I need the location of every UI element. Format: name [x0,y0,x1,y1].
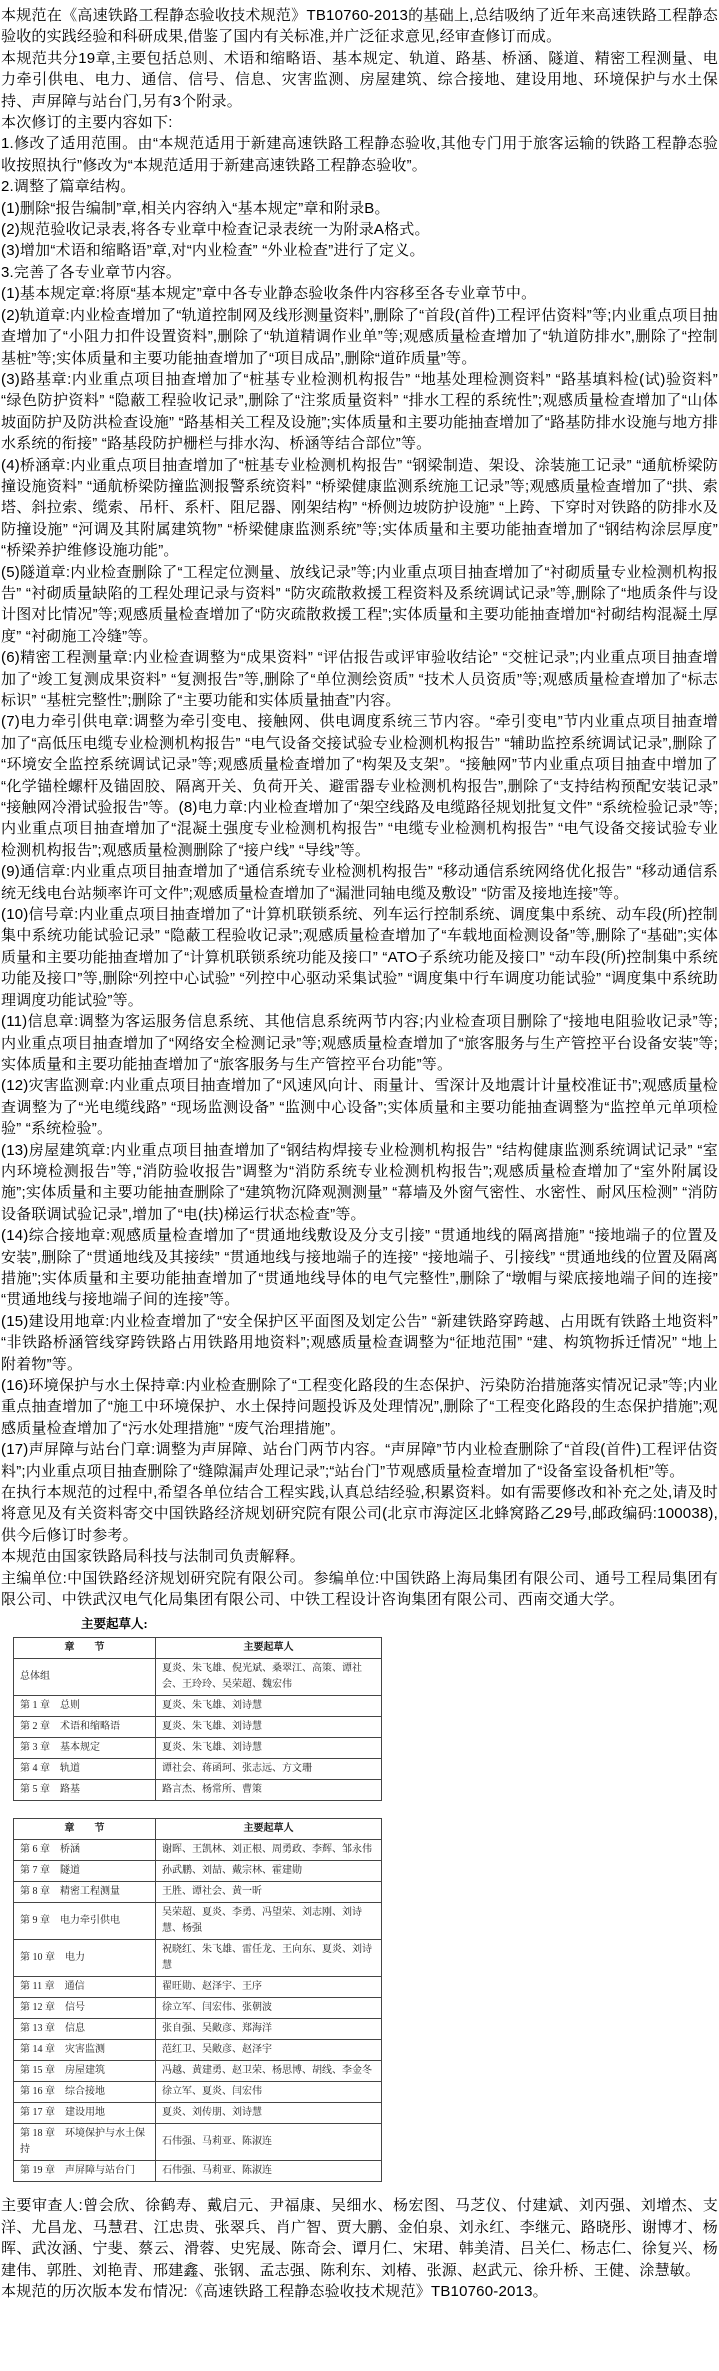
table-row: 第 16 章 综合接地 徐立军、夏炎、闫宏伟 [14,2082,382,2103]
drafters-column-header: 主要起草人 [156,1638,382,1659]
drafters-cell: 张自强、吴敞彦、郑海洋 [156,2019,382,2040]
chapter-cell: 第 13 章 信息 [14,2019,156,2040]
drafters-cell: 范红卫、吴敞彦、赵泽宇 [156,2040,382,2061]
table-row: 第 12 章 信号 徐立军、闫宏伟、张朝波 [14,1998,382,2019]
drafters-table-2: 章 节 主要起草人 第 6 章 桥涵 谢晖、王凯林、刘正根、周勇政、李辉、邹永伟… [13,1818,382,2182]
drafters-cell: 祝晓红、朱飞雄、雷任龙、王向东、夏炎、刘诗慧 [156,1940,382,1977]
table-row: 第 10 章 电力 祝晓红、朱飞雄、雷任龙、王向东、夏炎、刘诗慧 [14,1940,382,1977]
chapter-cell: 第 16 章 综合接地 [14,2082,156,2103]
chapter-cell: 第 3 章 基本规定 [14,1738,156,1759]
drafters-cell: 夏炎、朱飞雄、刘诗慧 [156,1696,382,1717]
paragraph: (15)建设用地章:内业检查增加了“安全保护区平面图及划定公告” “新建铁路穿跨… [1,1311,718,1375]
chapter-cell: 第 9 章 电力牵引供电 [14,1903,156,1940]
drafters-cell: 夏炎、朱飞雄、倪光斌、桑翠江、高策、谭社会、王玲玲、吴荣超、魏宏伟 [156,1659,382,1696]
table-row: 第 11 章 通信 翟旺勋、赵泽宇、王序 [14,1977,382,1998]
table-body: 总体组 夏炎、朱飞雄、倪光斌、桑翠江、高策、谭社会、王玲玲、吴荣超、魏宏伟 第 … [14,1659,382,1801]
drafters-heading: 主要起草人: [81,1614,718,1632]
paragraph: (6)精密工程测量章:内业检查调整为“成果资料” “评估报告或评审验收结论” “… [1,647,718,711]
paragraph: (2)轨道章:内业检查增加了“轨道控制网及线形测量资料”,删除了“首段(首件)工… [1,305,718,369]
chapter-cell: 第 18 章 环境保护与水土保持 [14,2124,156,2161]
drafters-cell: 翟旺勋、赵泽宇、王序 [156,1977,382,1998]
paragraph: (1)基本规定章:将原“基本规定”章中各专业静态验收条件内容移至各专业章节中。 [1,283,718,304]
paragraph: (14)综合接地章:观感质量检查增加了“贯通地线敷设及分支引接” “贯通地线的隔… [1,1225,718,1311]
paragraph: 主编单位:中国铁路经济规划研究院有限公司。参编单位:中国铁路上海局集团有限公司、… [1,1568,718,1611]
table-row: 第 2 章 术语和缩略语 夏炎、朱飞雄、刘诗慧 [14,1717,382,1738]
paragraph: 3.完善了各专业章节内容。 [1,262,718,283]
paragraph: (13)房屋建筑章:内业重点项目抽查增加了“钢结构焊接专业检测机构报告” “结构… [1,1140,718,1226]
paragraph: 本规范共分19章,主要包括总则、术语和缩略语、基本规定、轨道、路基、桥涵、隧道、… [1,48,718,112]
chapter-cell: 第 7 章 隧道 [14,1861,156,1882]
table-row: 第 7 章 隧道 孙武鹏、刘喆、戴宗林、霍建勋 [14,1861,382,1882]
chapter-cell: 第 15 章 房屋建筑 [14,2061,156,2082]
table-row: 第 1 章 总则 夏炎、朱飞雄、刘诗慧 [14,1696,382,1717]
chapter-cell: 总体组 [14,1659,156,1696]
chapter-cell: 第 1 章 总则 [14,1696,156,1717]
drafters-cell: 石伟强、马莉亚、陈淑连 [156,2161,382,2182]
table-row: 总体组 夏炎、朱飞雄、倪光斌、桑翠江、高策、谭社会、王玲玲、吴荣超、魏宏伟 [14,1659,382,1696]
table-header-row: 章 节 主要起草人 [14,1819,382,1840]
drafters-cell: 冯越、黄建勇、赵卫荣、杨思博、胡线、李金冬 [156,2061,382,2082]
paragraph: 在执行本规范的过程中,希望各单位结合工程实践,认真总结经验,积累资料。如有需要修… [1,1482,718,1546]
table-row: 第 13 章 信息 张自强、吴敞彦、郑海洋 [14,2019,382,2040]
drafters-cell: 徐立军、夏炎、闫宏伟 [156,2082,382,2103]
chapter-cell: 第 2 章 术语和缩略语 [14,1717,156,1738]
chapter-cell: 第 11 章 通信 [14,1977,156,1998]
table-row: 第 15 章 房屋建筑 冯越、黄建勇、赵卫荣、杨思博、胡线、李金冬 [14,2061,382,2082]
table-row: 第 8 章 精密工程测量 王胜、谭社会、黄一昕 [14,1882,382,1903]
paragraph: (10)信号章:内业重点项目抽查增加了“计算机联锁系统、列车运行控制系统、调度集… [1,904,718,1011]
closing-paragraphs: 主要审查人:曾会欣、徐鹤寿、戴启元、尹福康、吴细水、杨宏图、马芝仪、付建斌、刘丙… [1,2195,718,2302]
paragraph: (7)电力牵引供电章:调整为牵引变电、接触网、供电调度系统三节内容。“牵引变电”… [1,711,718,861]
drafters-cell: 孙武鹏、刘喆、戴宗林、霍建勋 [156,1861,382,1882]
paragraph: (3)增加“术语和缩略语”章,对“内业检查” “外业检查”进行了定义。 [1,240,718,261]
paragraph: (12)灾害监测章:内业重点项目抽查增加了“风速风向计、雨量计、雪深计及地震计计… [1,1075,718,1139]
table-row: 第 18 章 环境保护与水土保持 石伟强、马莉亚、陈淑连 [14,2124,382,2161]
drafters-cell: 王胜、谭社会、黄一昕 [156,1882,382,1903]
chapter-cell: 第 4 章 轨道 [14,1759,156,1780]
drafters-cell: 谢晖、王凯林、刘正根、周勇政、李辉、邹永伟 [156,1840,382,1861]
paragraph: 本规范由国家铁路局科技与法制司负责解释。 [1,1546,718,1567]
chapter-cell: 第 19 章 声屏障与站台门 [14,2161,156,2182]
chapter-cell: 第 5 章 路基 [14,1780,156,1801]
foreword-paragraphs: 本规范在《高速铁路工程静态验收技术规范》TB10760-2013的基础上,总结吸… [1,5,718,1610]
drafters-column-header: 主要起草人 [156,1819,382,1840]
paragraph: (17)声屏障与站台门章:调整为声屏障、站台门两节内容。“声屏障”节内业检查删除… [1,1439,718,1482]
paragraph: 1.修改了适用范围。由“本规范适用于新建高速铁路工程静态验收,其他专门用于旅客运… [1,133,718,176]
table-row: 第 6 章 桥涵 谢晖、王凯林、刘正根、周勇政、李辉、邹永伟 [14,1840,382,1861]
table-row: 第 5 章 路基 路言杰、杨常所、曹策 [14,1780,382,1801]
chapter-column-header: 章 节 [14,1819,156,1840]
table-body: 第 6 章 桥涵 谢晖、王凯林、刘正根、周勇政、李辉、邹永伟 第 7 章 隧道 … [14,1840,382,2182]
drafters-cell: 徐立军、闫宏伟、张朝波 [156,1998,382,2019]
table-row: 第 3 章 基本规定 夏炎、朱飞雄、刘诗慧 [14,1738,382,1759]
paragraph: 本次修订的主要内容如下: [1,112,718,133]
paragraph: (3)路基章:内业重点项目抽查增加了“桩基专业检测机构报告” “地基处理检测资料… [1,369,718,455]
chapter-column-header: 章 节 [14,1638,156,1659]
paragraph: (4)桥涵章:内业重点项目抽查增加了“桩基专业检测机构报告” “钢梁制造、架设、… [1,455,718,562]
chapter-cell: 第 12 章 信号 [14,1998,156,2019]
drafters-cell: 谭社会、蒋函珂、张志远、方文珊 [156,1759,382,1780]
paragraph: 2.调整了篇章结构。 [1,176,718,197]
paragraph: (11)信息章:调整为客运服务信息系统、其他信息系统两节内容;内业检查项目删除了… [1,1011,718,1075]
table-row: 第 9 章 电力牵引供电 吴荣超、夏炎、李勇、冯望荣、刘志刚、刘诗慧、杨强 [14,1903,382,1940]
paragraph: (2)规范验收记录表,将各专业章中检查记录表统一为附录A格式。 [1,219,718,240]
document-page: 本规范在《高速铁路工程静态验收技术规范》TB10760-2013的基础上,总结吸… [0,0,719,2371]
drafters-cell: 吴荣超、夏炎、李勇、冯望荣、刘志刚、刘诗慧、杨强 [156,1903,382,1940]
paragraph: (5)隧道章:内业检查删除了“工程定位测量、放线记录”等;内业重点项目抽查增加了… [1,562,718,648]
chapter-cell: 第 14 章 灾害监测 [14,2040,156,2061]
drafters-cell: 石伟强、马莉亚、陈淑连 [156,2124,382,2161]
drafters-cell: 夏炎、朱飞雄、刘诗慧 [156,1738,382,1759]
chapter-cell: 第 6 章 桥涵 [14,1840,156,1861]
paragraph: (1)删除“报告编制”章,相关内容纳入“基本规定”章和附录B。 [1,198,718,219]
table-row: 第 19 章 声屏障与站台门 石伟强、马莉亚、陈淑连 [14,2161,382,2182]
paragraph: (16)环境保护与水土保持章:内业检查删除了“工程变化路段的生态保护、污染防治措… [1,1375,718,1439]
drafters-cell: 夏炎、刘传朋、刘诗慧 [156,2103,382,2124]
table-row: 第 4 章 轨道 谭社会、蒋函珂、张志远、方文珊 [14,1759,382,1780]
paragraph: 本规范在《高速铁路工程静态验收技术规范》TB10760-2013的基础上,总结吸… [1,5,718,48]
chapter-cell: 第 8 章 精密工程测量 [14,1882,156,1903]
paragraph: 本规范的历次版本发布情况:《高速铁路工程静态验收技术规范》TB10760-201… [1,2281,718,2302]
drafters-cell: 路言杰、杨常所、曹策 [156,1780,382,1801]
drafters-table-1: 章 节 主要起草人 总体组 夏炎、朱飞雄、倪光斌、桑翠江、高策、谭社会、王玲玲、… [13,1637,382,1801]
drafters-cell: 夏炎、朱飞雄、刘诗慧 [156,1717,382,1738]
paragraph: (9)通信章:内业重点项目抽查增加了“通信系统专业检测机构报告” “移动通信系统… [1,861,718,904]
paragraph: 主要审查人:曾会欣、徐鹤寿、戴启元、尹福康、吴细水、杨宏图、马芝仪、付建斌、刘丙… [1,2195,718,2281]
table-header-row: 章 节 主要起草人 [14,1638,382,1659]
table-row: 第 14 章 灾害监测 范红卫、吴敞彦、赵泽宇 [14,2040,382,2061]
table-row: 第 17 章 建设用地 夏炎、刘传朋、刘诗慧 [14,2103,382,2124]
chapter-cell: 第 10 章 电力 [14,1940,156,1977]
chapter-cell: 第 17 章 建设用地 [14,2103,156,2124]
